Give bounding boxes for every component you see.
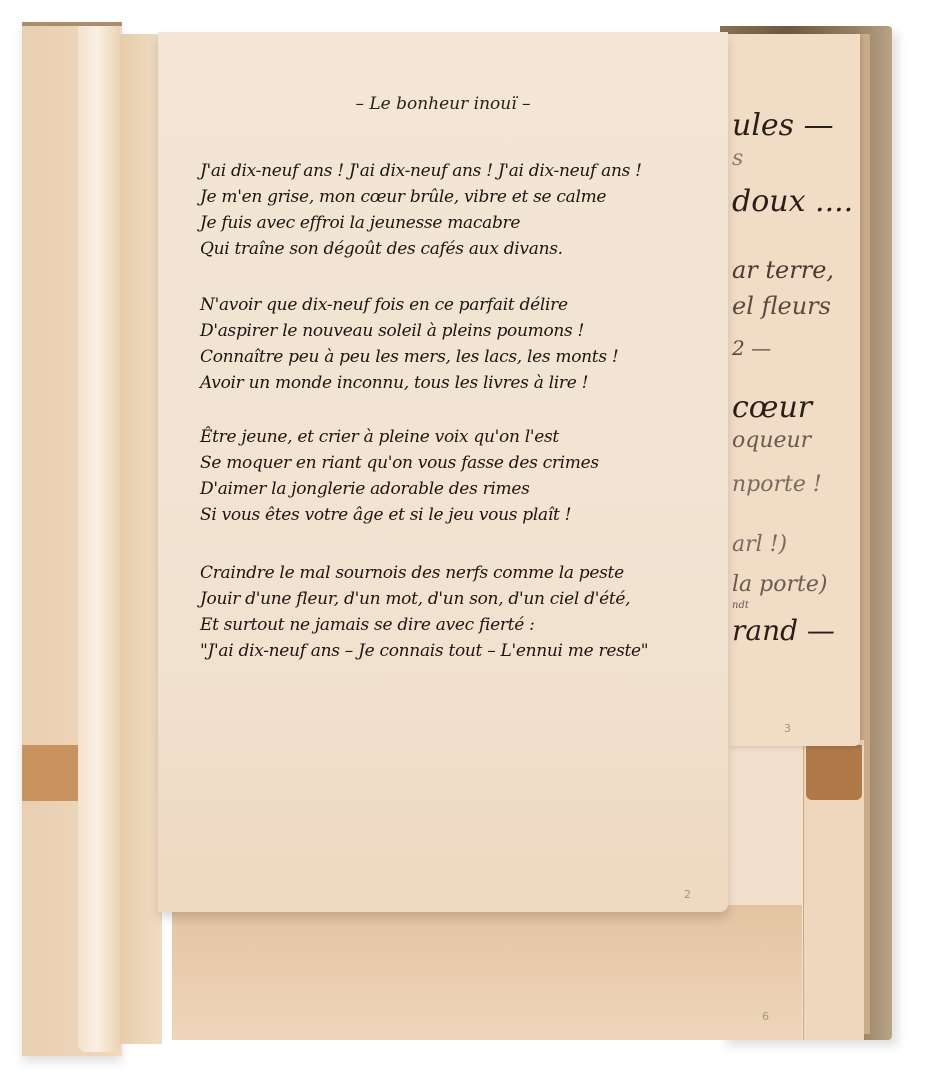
lower-sheet: 6 [172,905,802,1040]
fragment: doux .... [732,184,853,219]
left-paper-tab [22,745,78,801]
stanza-4: Craindre le mal sournois des nerfs comme… [200,560,714,664]
fragment: ndt [732,600,749,611]
poem-line: Si vous êtes votre âge et si le jeu vous… [200,502,714,528]
page-number-3: 3 [784,722,791,735]
poem-line: D'aimer la jonglerie adorable des rimes [200,476,714,502]
stanza-3: Être jeune, et crier à pleine voix qu'on… [200,424,714,528]
poem-line: Je fuis avec effroi la jeunesse macabre [200,210,714,236]
fragment: oqueur [732,428,811,453]
fragment: s [732,146,743,171]
poem-line: Se moquer en riant qu'on vous fasse des … [200,450,714,476]
gutter-fold [78,26,120,1052]
poem-line: Être jeune, et crier à pleine voix qu'on… [200,424,714,450]
fragment: rand — [732,614,835,647]
poem-line: Craindre le mal sournois des nerfs comme… [200,560,714,586]
poem-line: Jouir d'une fleur, d'un mot, d'un son, d… [200,586,714,612]
poem-title: – Le bonheur inouï – [158,94,728,114]
poem-line: Connaître peu à peu les mers, les lacs, … [200,344,714,370]
underlying-page-3: ules — s doux .... ar terre, el fleurs 2… [728,34,860,746]
fragment: cœur [732,390,812,425]
poem-line: Avoir un monde inconnu, tous les livres … [200,370,714,396]
fragment: ar terre, [732,256,834,284]
gutter-inner [120,34,162,1044]
fragment: la porte) [732,572,827,597]
poem-line: Je m'en grise, mon cœur brûle, vibre et … [200,184,714,210]
poem-line: Et surtout ne jamais se dire avec fierté… [200,612,714,638]
fragment: ules — [732,108,834,143]
fragment: 2 — [732,336,771,360]
page-number-2: 2 [684,888,691,901]
poem-line: N'avoir que dix-neuf fois en ce parfait … [200,292,714,318]
page-number-6: 6 [762,1010,769,1023]
fragment: arl !) [732,532,787,557]
poem-line: D'aspirer le nouveau soleil à pleins pou… [200,318,714,344]
poem-line: Qui traîne son dégoût des cafés aux diva… [200,236,714,262]
right-paper-tab [806,745,862,800]
fragment: el fleurs [732,292,831,320]
stanza-2: N'avoir que dix-neuf fois en ce parfait … [200,292,714,396]
poem-line: "J'ai dix-neuf ans – Je connais tout – L… [200,638,714,664]
manuscript-page: – Le bonheur inouï – J'ai dix-neuf ans !… [158,32,728,912]
poem-line: J'ai dix-neuf ans ! J'ai dix-neuf ans ! … [200,158,714,184]
fragment: nporte ! [732,472,822,497]
stanza-1: J'ai dix-neuf ans ! J'ai dix-neuf ans ! … [200,158,714,262]
